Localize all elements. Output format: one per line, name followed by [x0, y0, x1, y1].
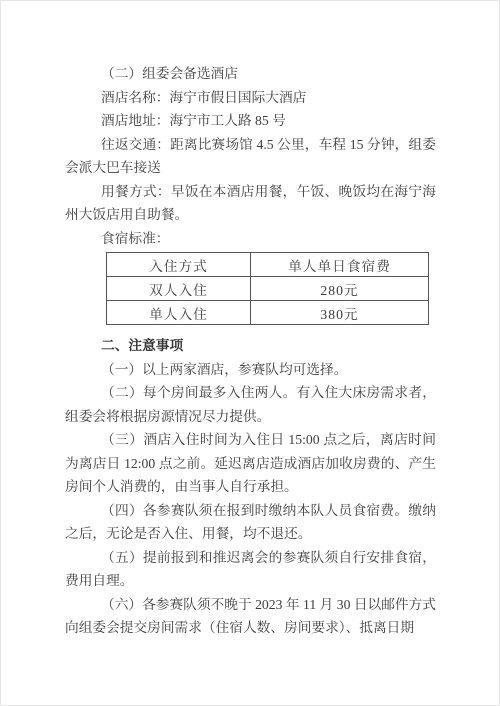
- price-table-header-cell: 入住方式: [107, 253, 251, 277]
- note-item-2: （二）每个房间最多入住两人。有入住大床房需求者，组委会将根据房源情况尽力提供。: [65, 381, 436, 428]
- hotel-dining-line: 用餐方式：早饭在本酒店用餐，午饭、晚饭均在海宁海州大饭店用自助餐。: [65, 180, 436, 227]
- table-cell-occupancy: 双人入住: [107, 277, 251, 301]
- price-table-header-cell: 单人单日食宿费: [251, 253, 429, 277]
- notes-section-heading: 二、注意事项: [65, 334, 436, 358]
- document-page: （二）组委会备选酒店 酒店名称：海宁市假日国际大酒店 酒店地址：海宁市工人路 8…: [0, 0, 500, 706]
- table-cell-price: 380元: [251, 301, 429, 325]
- table-cell-price: 280元: [251, 277, 429, 301]
- note-item-4: （四）各参赛队须在报到时缴纳本队人员食宿费。缴纳之后，无论是否入住、用餐，均不退…: [65, 499, 436, 546]
- price-table-header-row: 入住方式 单人单日食宿费: [107, 253, 429, 277]
- price-table-row: 单人入住 380元: [107, 301, 429, 325]
- hotel-name-line: 酒店名称：海宁市假日国际大酒店: [65, 86, 436, 110]
- price-table-row: 双人入住 280元: [107, 277, 429, 301]
- note-item-6: （六）各参赛队须不晚于 2023 年 11 月 30 日以邮件方式向组委会提交房…: [65, 593, 436, 640]
- lodging-standard-label: 食宿标准：: [65, 227, 436, 251]
- hotel-transport-line: 往返交通：距离比赛场馆 4.5 公里，车程 15 分钟，组委会派大巴车接送: [65, 133, 436, 180]
- hotel-address-line: 酒店地址：海宁市工人路 85 号: [65, 109, 436, 133]
- note-item-5: （五）提前报到和推迟离会的参赛队须自行安排食宿，费用自理。: [65, 546, 436, 593]
- section-hotel-heading: （二）组委会备选酒店: [65, 62, 436, 86]
- price-table: 入住方式 单人单日食宿费 双人入住 280元 单人入住 380元: [106, 252, 429, 325]
- note-item-3: （三）酒店入住时间为入住日 15:00 点之后，离店时间为离店日 12:00 点…: [65, 428, 436, 499]
- note-item-1: （一）以上两家酒店，参赛队均可选择。: [65, 358, 436, 382]
- table-cell-occupancy: 单人入住: [107, 301, 251, 325]
